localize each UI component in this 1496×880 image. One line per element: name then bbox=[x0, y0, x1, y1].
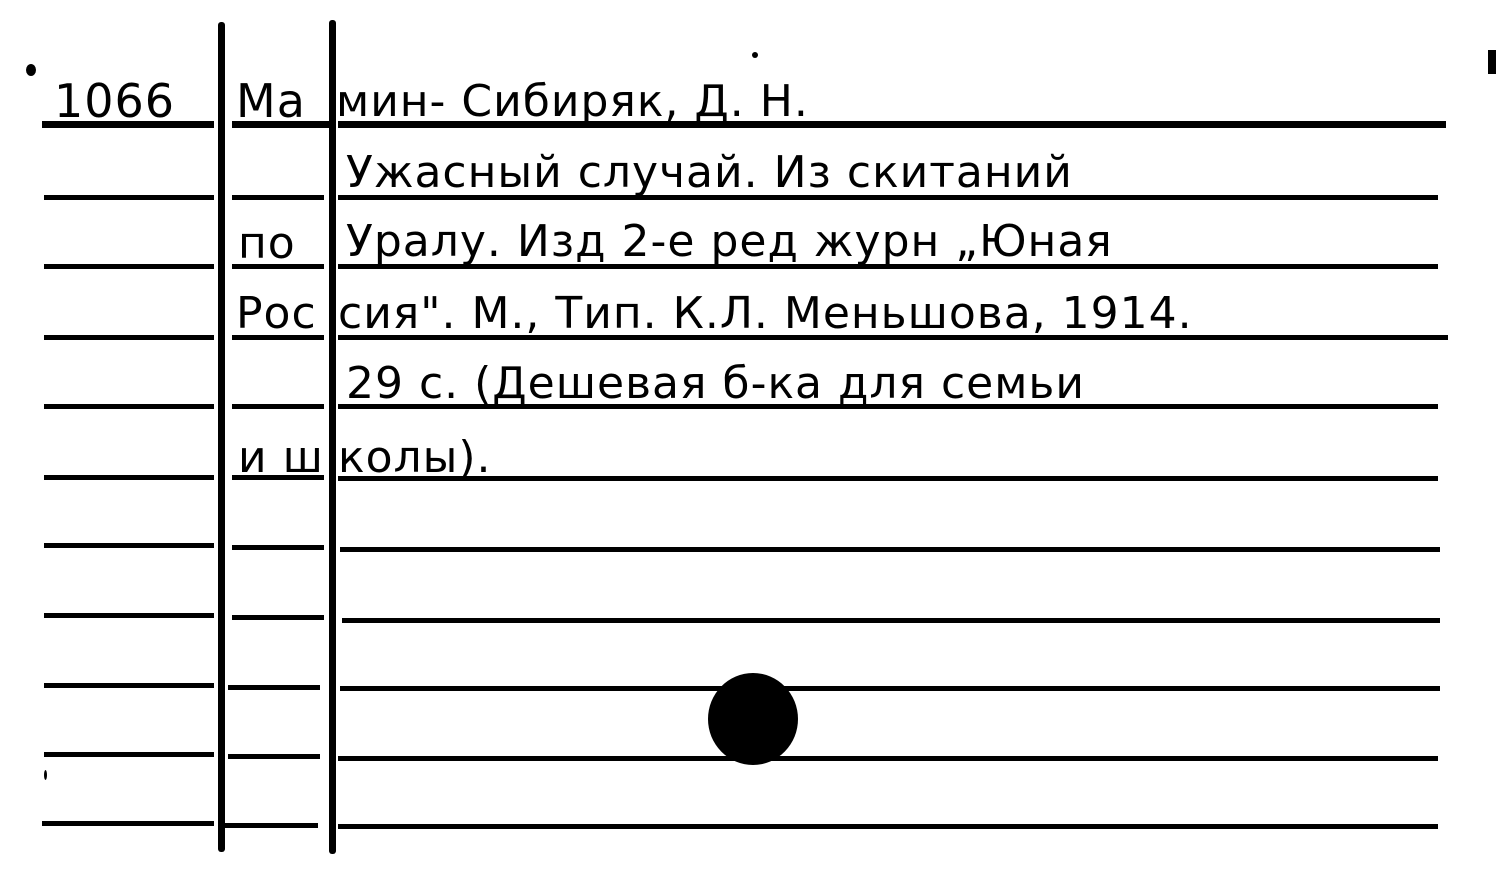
scan-edge bbox=[0, 0, 2, 880]
rule-line bbox=[232, 545, 324, 550]
rule-line bbox=[44, 752, 214, 757]
rule-line bbox=[44, 195, 214, 200]
title-line-2: Уралу. Изд 2-е ред журн „Юная bbox=[346, 220, 1113, 264]
rule-line bbox=[44, 335, 214, 340]
rule-line bbox=[228, 754, 320, 759]
ink-speck bbox=[44, 770, 47, 780]
imprint-line: сия". М., Тип. К.Л. Меньшова, 1914. bbox=[338, 292, 1193, 336]
series-end-left: и ш bbox=[238, 436, 324, 480]
title-line-2-left: по bbox=[238, 222, 296, 266]
rule-line bbox=[232, 195, 324, 200]
rule-line bbox=[44, 475, 214, 480]
punch-hole-icon bbox=[708, 673, 798, 765]
rule-line bbox=[44, 613, 214, 618]
ink-speck bbox=[752, 52, 758, 58]
rule-line bbox=[338, 476, 1438, 481]
column-divider bbox=[218, 22, 225, 852]
ink-speck bbox=[26, 64, 36, 76]
rule-line bbox=[44, 264, 214, 269]
rule-line bbox=[224, 823, 318, 828]
catalog-card: 1066 Ма мин- Сибиряк, Д. Н. Ужасный случ… bbox=[0, 0, 1496, 880]
title-line-1: Ужасный случай. Из скитаний bbox=[346, 151, 1073, 195]
rule-line bbox=[232, 615, 324, 620]
rule-line bbox=[338, 756, 1438, 761]
rule-line bbox=[44, 683, 214, 688]
rule-line bbox=[232, 404, 324, 409]
scan-mark bbox=[1488, 50, 1496, 74]
rule-line bbox=[44, 404, 214, 409]
column-divider bbox=[329, 20, 336, 854]
rule-line bbox=[42, 821, 214, 826]
imprint-left: Рос bbox=[236, 292, 317, 336]
rule-line bbox=[338, 824, 1438, 829]
series-end: колы). bbox=[338, 436, 492, 480]
author-right: мин- Сибиряк, Д. Н. bbox=[336, 80, 809, 124]
author-left: Ма bbox=[236, 78, 306, 124]
rule-line bbox=[44, 543, 214, 548]
rule-line bbox=[342, 618, 1440, 623]
series-line: 29 с. (Дешевая б-ка для семьи bbox=[346, 362, 1085, 406]
rule-line bbox=[228, 685, 320, 690]
rule-line bbox=[340, 547, 1440, 552]
rule-line bbox=[340, 686, 1440, 691]
catalog-number: 1066 bbox=[54, 78, 175, 124]
